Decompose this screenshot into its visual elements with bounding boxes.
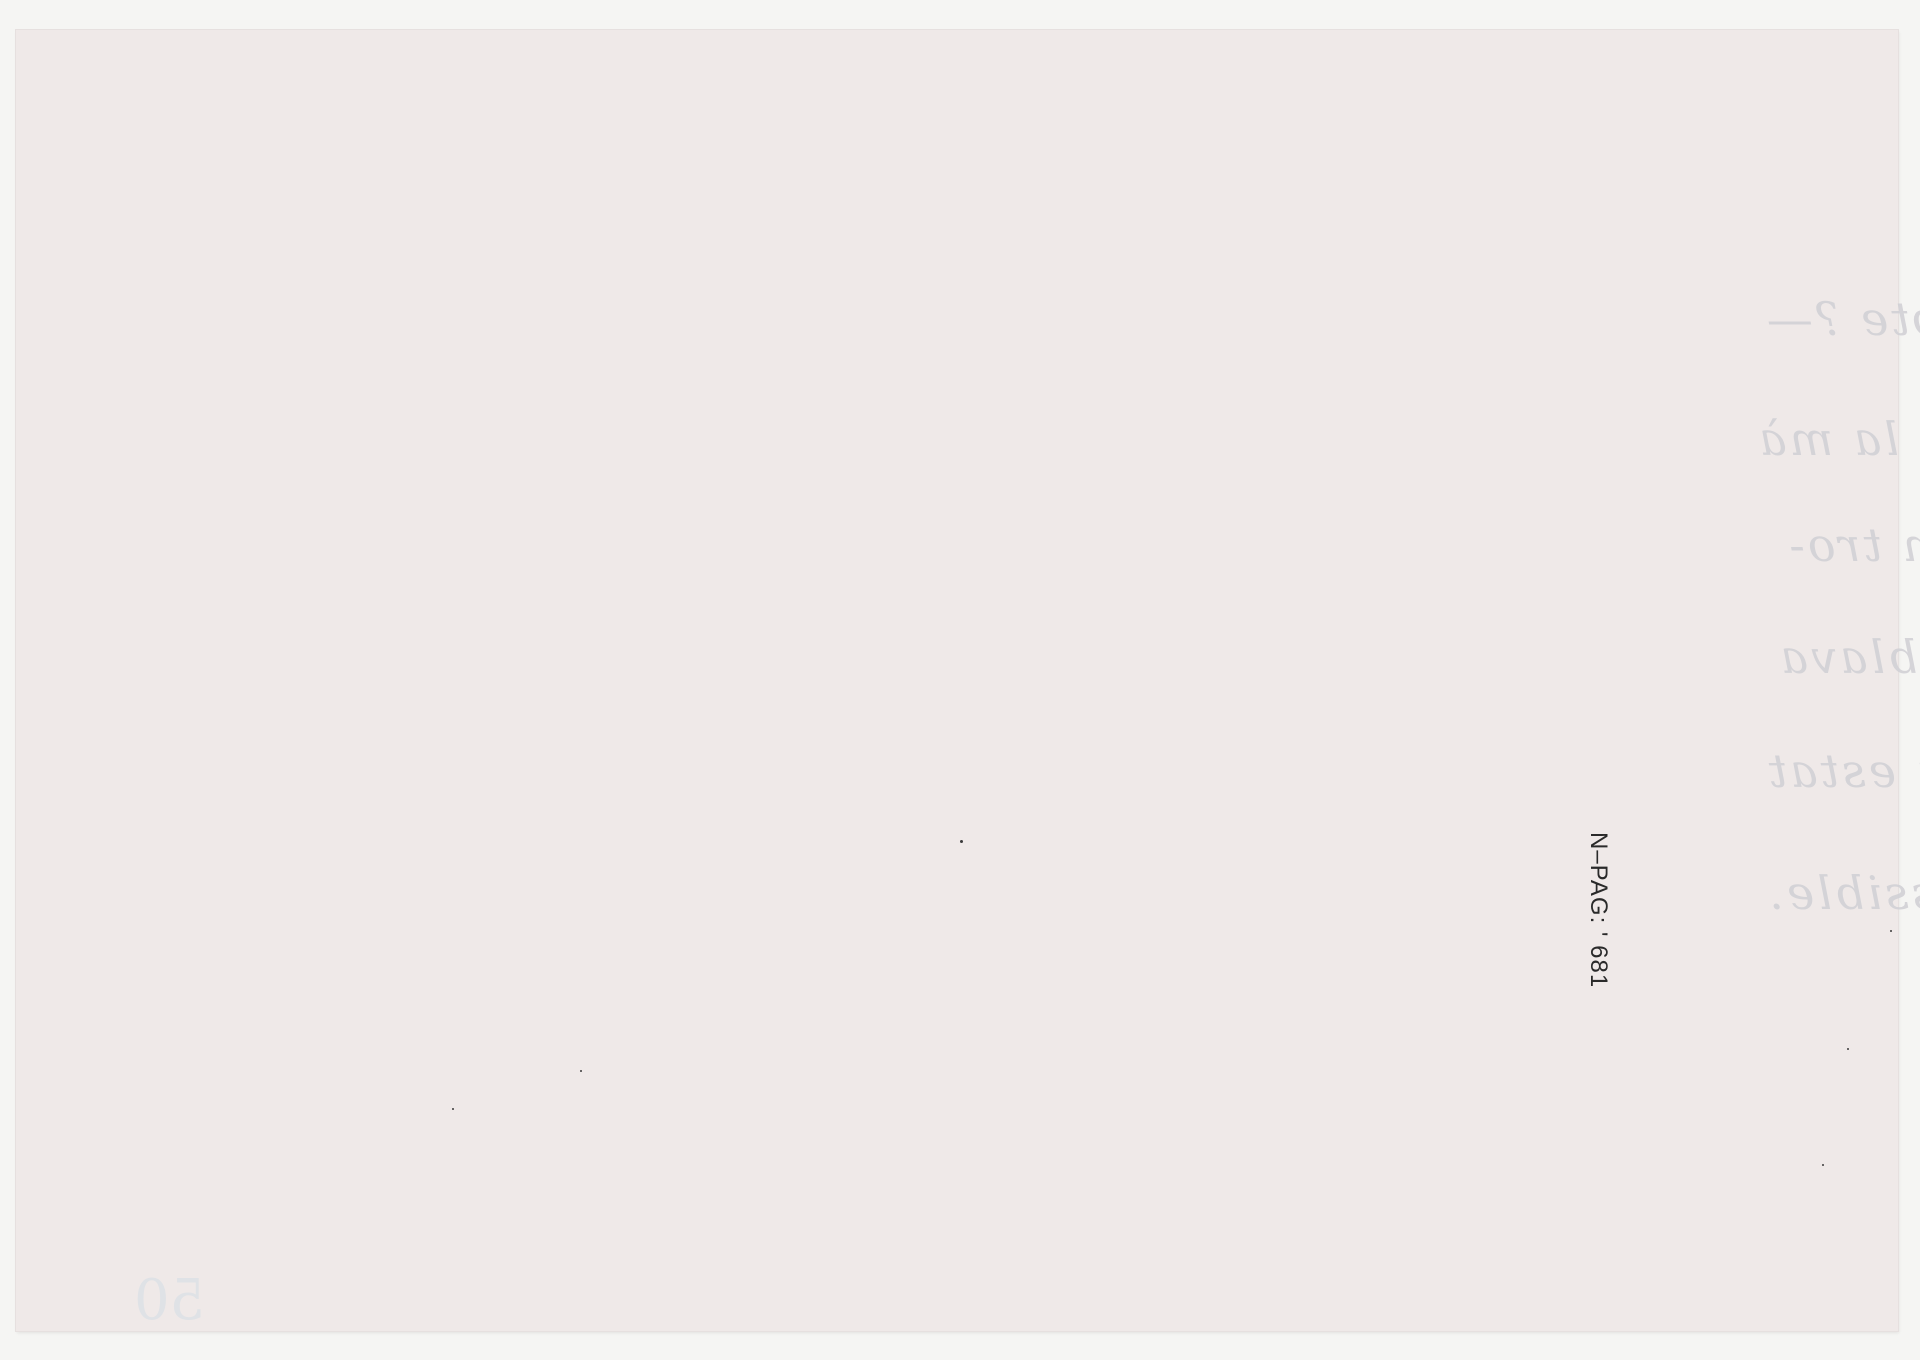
showthrough-line-1: — ... Jo no m'n volduria donar compte ?— — [1764, 292, 1920, 346]
ink-speck — [960, 840, 963, 843]
showthrough-line-6: impossible. — [1766, 866, 1920, 920]
ink-speck — [1847, 1048, 1849, 1050]
archive-stamp: N–PAG: ' 681 — [1584, 832, 1612, 988]
pencil-page-number: 50 — [134, 1268, 205, 1333]
ink-speck — [1822, 1164, 1824, 1166]
showthrough-line-4: ba una quantitat perfectament lògica, qu… — [1778, 630, 1920, 684]
showthrough-line-2: Jamai fou tan corrent com fou la mà — [1756, 412, 1920, 466]
showthrough-line-3: a la butxaca i, en lloc de castanyes, en… — [1786, 518, 1920, 572]
ink-speck — [452, 1108, 454, 1110]
ink-speck — [580, 1070, 582, 1072]
ink-speck — [1890, 930, 1892, 932]
showthrough-line-5: Si no hagués tingut angles, això hauria … — [1766, 744, 1920, 798]
manuscript-sheet: — ... Jo no m'n volduria donar compte ?—… — [16, 30, 1898, 1331]
